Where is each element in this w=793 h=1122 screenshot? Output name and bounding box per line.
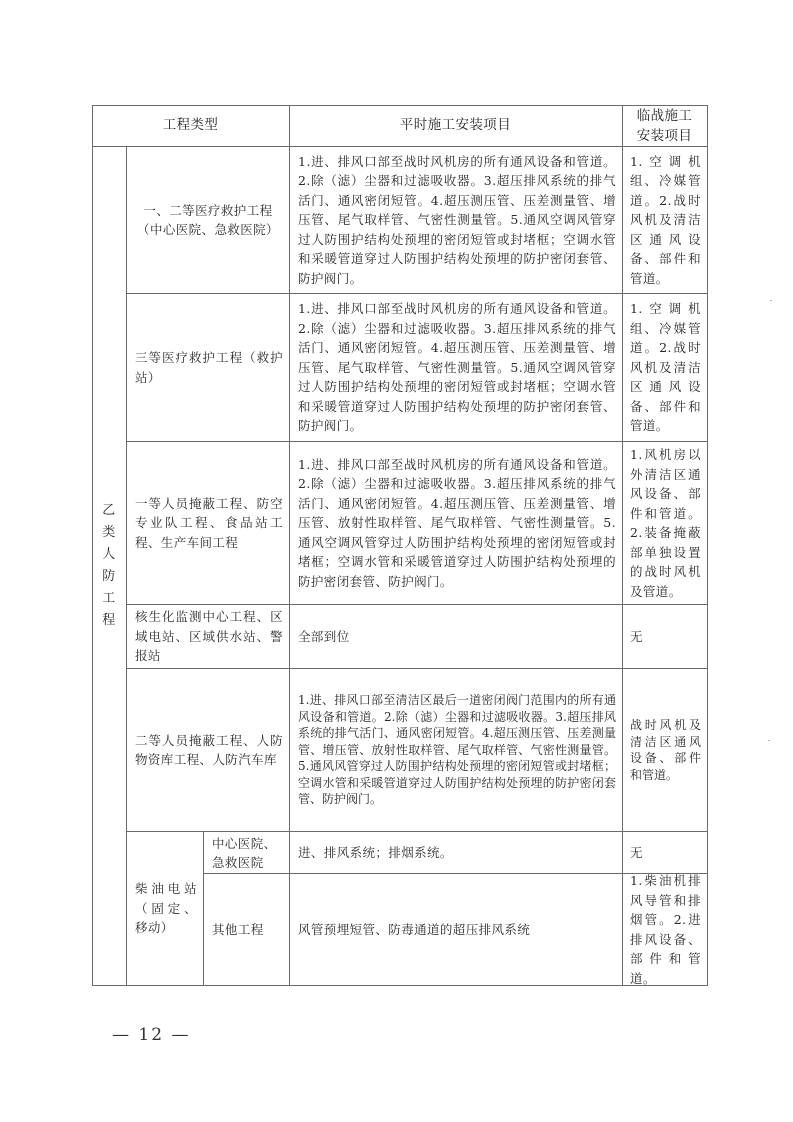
cell-text: 1.进、排风口部至清洁区最后一道密闭阀门范围内的所有通风设备和管道。2.除（滤）… bbox=[298, 692, 616, 808]
cell-text: 一等人员掩蔽工程、防空专业队工程、食品站工程、生产车间工程 bbox=[135, 494, 283, 553]
cell-text: 战时风机及清洁区通风设备、部件和管道。 bbox=[630, 717, 701, 783]
diesel-subrow-1-wartime: 无 bbox=[623, 832, 707, 873]
cell-text: 1.进、排风口部至战时风机房的所有通风设备和管道。2.除（滤）尘器和过滤吸收器。… bbox=[298, 299, 616, 436]
scan-speck bbox=[770, 300, 772, 301]
row-2-wartime: 1.空调机组、冷媒管道。2.战时风机及清洁区通风设备、部件和管道。 bbox=[623, 294, 707, 441]
row-3-type: 一等人员掩蔽工程、防空专业队工程、食品站工程、生产车间工程 bbox=[127, 442, 289, 604]
row-5-type: 二等人员掩蔽工程、人防物资库工程、人防汽车库 bbox=[127, 669, 289, 831]
diesel-subrow-2-peacetime: 风管预埋短管、防毒通道的超压排风系统 bbox=[290, 874, 622, 985]
cell-text: 1.空调机组、冷媒管道。2.战时风机及清洁区通风设备、部件和管道。 bbox=[630, 152, 701, 289]
cell-text: 风管预埋短管、防毒通道的超压排风系统 bbox=[298, 920, 530, 940]
row-5-peacetime: 1.进、排风口部至清洁区最后一道密闭阀门范围内的所有通风设备和管道。2.除（滤）… bbox=[290, 669, 622, 831]
table-border-right bbox=[707, 105, 708, 986]
header-label: 平时施工安装项目 bbox=[400, 116, 511, 136]
cell-text: 柴油电站（固定、移动） bbox=[135, 879, 197, 938]
diesel-subrow-1-peacetime: 进、排风系统；排烟系统。 bbox=[290, 832, 622, 873]
group-label-char: 工 bbox=[102, 588, 115, 610]
diesel-station-type: 柴油电站（固定、移动） bbox=[127, 832, 203, 985]
table-border-bottom bbox=[92, 985, 708, 986]
cell-text: 三等医疗救护工程（救护站） bbox=[135, 348, 283, 387]
group-label-char: 程 bbox=[102, 610, 115, 632]
cell-text: 1.进、排风口部至战时风机房的所有通风设备和管道。2.除（滤）尘器和过滤吸收器。… bbox=[298, 152, 616, 289]
row-1-type: 一、二等医疗救护工程（中心医院、急救医院） bbox=[127, 147, 289, 293]
row-1-wartime: 1.空调机组、冷媒管道。2.战时风机及清洁区通风设备、部件和管道。 bbox=[623, 147, 707, 293]
row-4-wartime: 无 bbox=[623, 605, 707, 668]
row-3-wartime: 1.风机房以外清洁区通风设备、部件和管道。2.装备掩蔽部单独设置的战时风机及管道… bbox=[623, 442, 707, 604]
scan-speck bbox=[768, 740, 770, 741]
cell-text: 进、排风系统；排烟系统。 bbox=[298, 843, 453, 863]
row-5-wartime: 战时风机及清洁区通风设备、部件和管道。 bbox=[623, 669, 707, 831]
cell-text: 1.进、排风口部至战时风机房的所有通风设备和管道。2.除（滤）尘器和过滤吸收器。… bbox=[298, 455, 616, 592]
group-label-class-b-civil-defense: 乙 类 人 防 工 程 bbox=[92, 146, 126, 985]
cell-text: 1.柴油机排风导管和排烟管。2.进排风设备、部件和管道。 bbox=[630, 871, 701, 988]
cell-text: 1.风机房以外清洁区通风设备、部件和管道。2.装备掩蔽部单独设置的战时风机及管道… bbox=[630, 445, 701, 601]
header-project-type: 工程类型 bbox=[92, 105, 289, 146]
cell-text: 二等人员掩蔽工程、人防物资库工程、人防汽车库 bbox=[135, 731, 283, 770]
cell-text: 全部到位 bbox=[298, 627, 350, 647]
cell-text: 中心医院、急救医院 bbox=[212, 834, 284, 872]
row-3-peacetime: 1.进、排风口部至战时风机房的所有通风设备和管道。2.除（滤）尘器和过滤吸收器。… bbox=[290, 442, 622, 604]
group-label-char: 防 bbox=[102, 566, 115, 588]
cell-text: 无 bbox=[630, 843, 643, 863]
row-2-type: 三等医疗救护工程（救护站） bbox=[127, 294, 289, 441]
cell-text: 1.空调机组、冷媒管道。2.战时风机及清洁区通风设备、部件和管道。 bbox=[630, 299, 701, 436]
diesel-subrow-2-subtype: 其他工程 bbox=[204, 874, 289, 985]
header-wartime-items: 临战施工安装项目 bbox=[622, 105, 707, 146]
header-label: 临战施工安装项目 bbox=[632, 106, 697, 146]
row-4-peacetime: 全部到位 bbox=[290, 605, 622, 668]
cell-text: 一、二等医疗救护工程（中心医院、急救医院） bbox=[137, 201, 279, 240]
group-label-char: 乙 bbox=[102, 500, 115, 522]
cell-text: 其他工程 bbox=[212, 920, 264, 940]
row-4-type: 核生化监测中心工程、区域电站、区域供水站、警报站 bbox=[127, 605, 289, 668]
diesel-subrow-1-subtype: 中心医院、急救医院 bbox=[204, 832, 289, 873]
row-2-peacetime: 1.进、排风口部至战时风机房的所有通风设备和管道。2.除（滤）尘器和过滤吸收器。… bbox=[290, 294, 622, 441]
header-label: 工程类型 bbox=[163, 116, 219, 136]
diesel-subrow-2-wartime: 1.柴油机排风导管和排烟管。2.进排风设备、部件和管道。 bbox=[623, 874, 707, 985]
group-label-char: 类 bbox=[102, 522, 115, 544]
row-1-peacetime: 1.进、排风口部至战时风机房的所有通风设备和管道。2.除（滤）尘器和过滤吸收器。… bbox=[290, 147, 622, 293]
cell-text: 核生化监测中心工程、区域电站、区域供水站、警报站 bbox=[135, 607, 283, 666]
cell-text: 无 bbox=[630, 627, 643, 647]
header-peacetime-items: 平时施工安装项目 bbox=[289, 105, 622, 146]
group-label-char: 人 bbox=[102, 544, 115, 566]
page-number: — 12 — bbox=[112, 1025, 190, 1045]
